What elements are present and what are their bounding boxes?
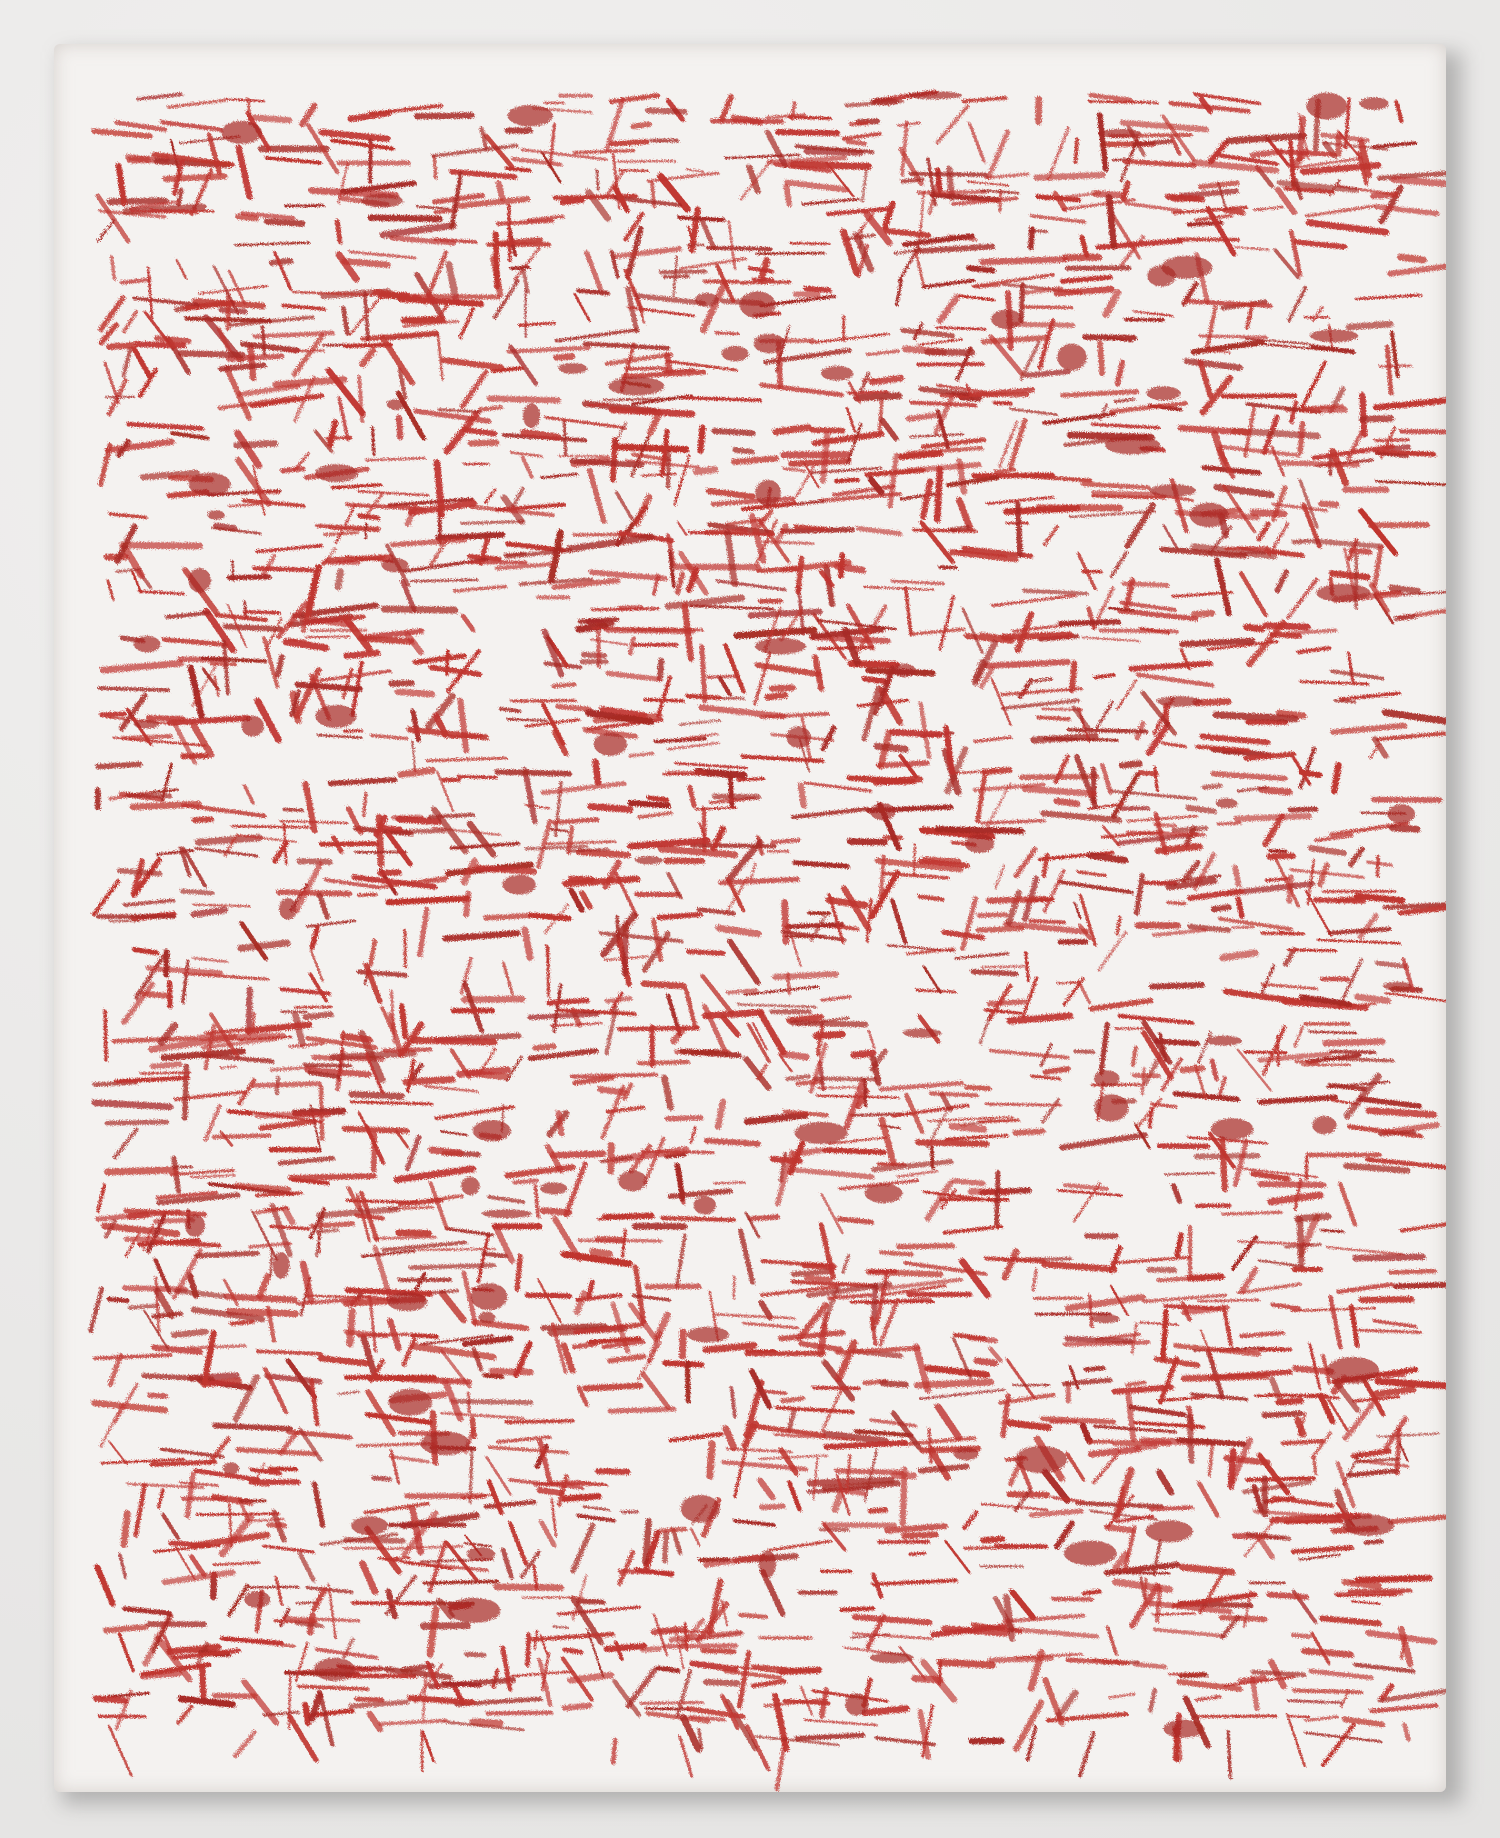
red-marks xyxy=(54,44,1446,1792)
artwork-paper xyxy=(54,44,1446,1792)
